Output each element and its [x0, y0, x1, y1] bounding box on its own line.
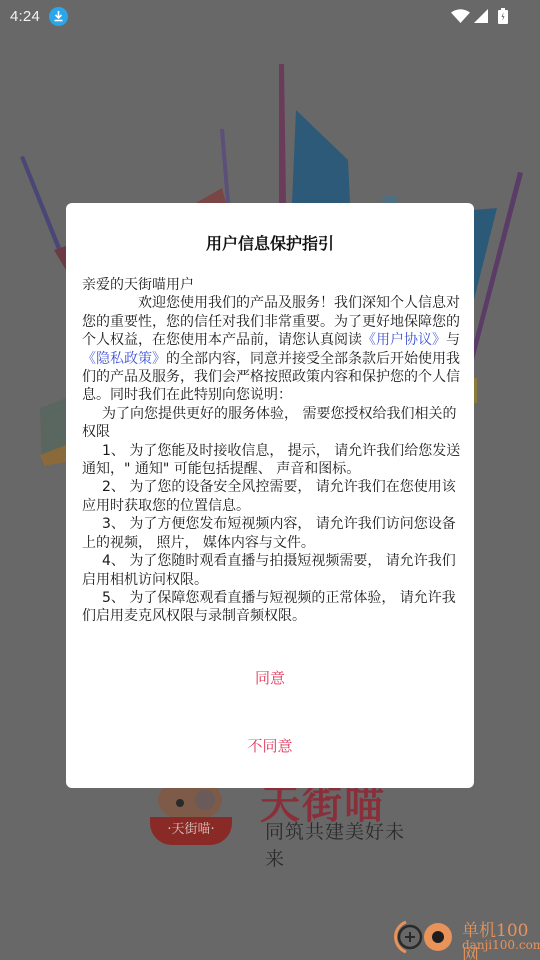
logo-badge: ·天街喵· [150, 817, 232, 845]
intro-paragraph: 欢迎您使用我们的产品及服务！我们深知个人信息对您的重要性，您的信任对我们非常重要… [82, 294, 462, 404]
permission-item-media: 3、 为了方便您发布短视频内容， 请允许我们访问您设备上的视频， 照片， 媒体内… [82, 515, 462, 552]
watermark-url: danji100.com [462, 938, 540, 952]
permissions-intro: 为了向您提供更好的服务体验， 需要您授权给我们相关的权限 [82, 405, 462, 442]
permission-item-camera: 4、 为了您随时观看直播与拍摄短视频需要， 请允许我们启用相机访问权限。 [82, 552, 462, 589]
user-agreement-link[interactable]: 《用户协议》 [362, 332, 446, 348]
watermark: 单机100网 danji100.com [392, 916, 540, 956]
permission-item-location: 2、 为了您的设备安全风控需要， 请允许我们在您使用该应用时获取您的位置信息。 [82, 478, 462, 515]
wifi-icon [451, 9, 470, 23]
dialog-body: 亲爱的天街喵用户 欢迎您使用我们的产品及服务！我们深知个人信息对您的重要性，您的… [82, 276, 462, 626]
permission-item-microphone: 5、 为了保障您观看直播与短视频的正常体验， 请允许我们启用麦克风权限与录制音频… [82, 589, 462, 626]
watermark-logo-icon [392, 916, 458, 956]
logo-slogan: 同筑共建美好未来 [265, 817, 410, 871]
privacy-dialog: 用户信息保护指引 亲爱的天街喵用户 欢迎您使用我们的产品及服务！我们深知个人信息… [66, 203, 474, 788]
dialog-title: 用户信息保护指引 [66, 231, 474, 254]
cell-signal-icon [474, 9, 488, 23]
link-connector: 与 [446, 332, 460, 348]
greeting: 亲爱的天街喵用户 [82, 276, 462, 294]
disagree-button[interactable]: 不同意 [66, 735, 474, 756]
agree-button[interactable]: 同意 [66, 667, 474, 688]
status-bar: 4:24 [0, 0, 540, 32]
permission-item-notifications: 1、 为了您能及时接收信息， 提示， 请允许我们给您发送通知，" 通知" 可能包… [82, 442, 462, 479]
download-notification-icon [49, 7, 68, 26]
app-logo: ·天街喵· 天街喵 同筑共建美好未来 [150, 787, 410, 847]
battery-charging-icon [498, 8, 508, 24]
status-time: 4:24 [10, 8, 40, 25]
privacy-policy-link[interactable]: 《隐私政策》 [82, 351, 166, 367]
